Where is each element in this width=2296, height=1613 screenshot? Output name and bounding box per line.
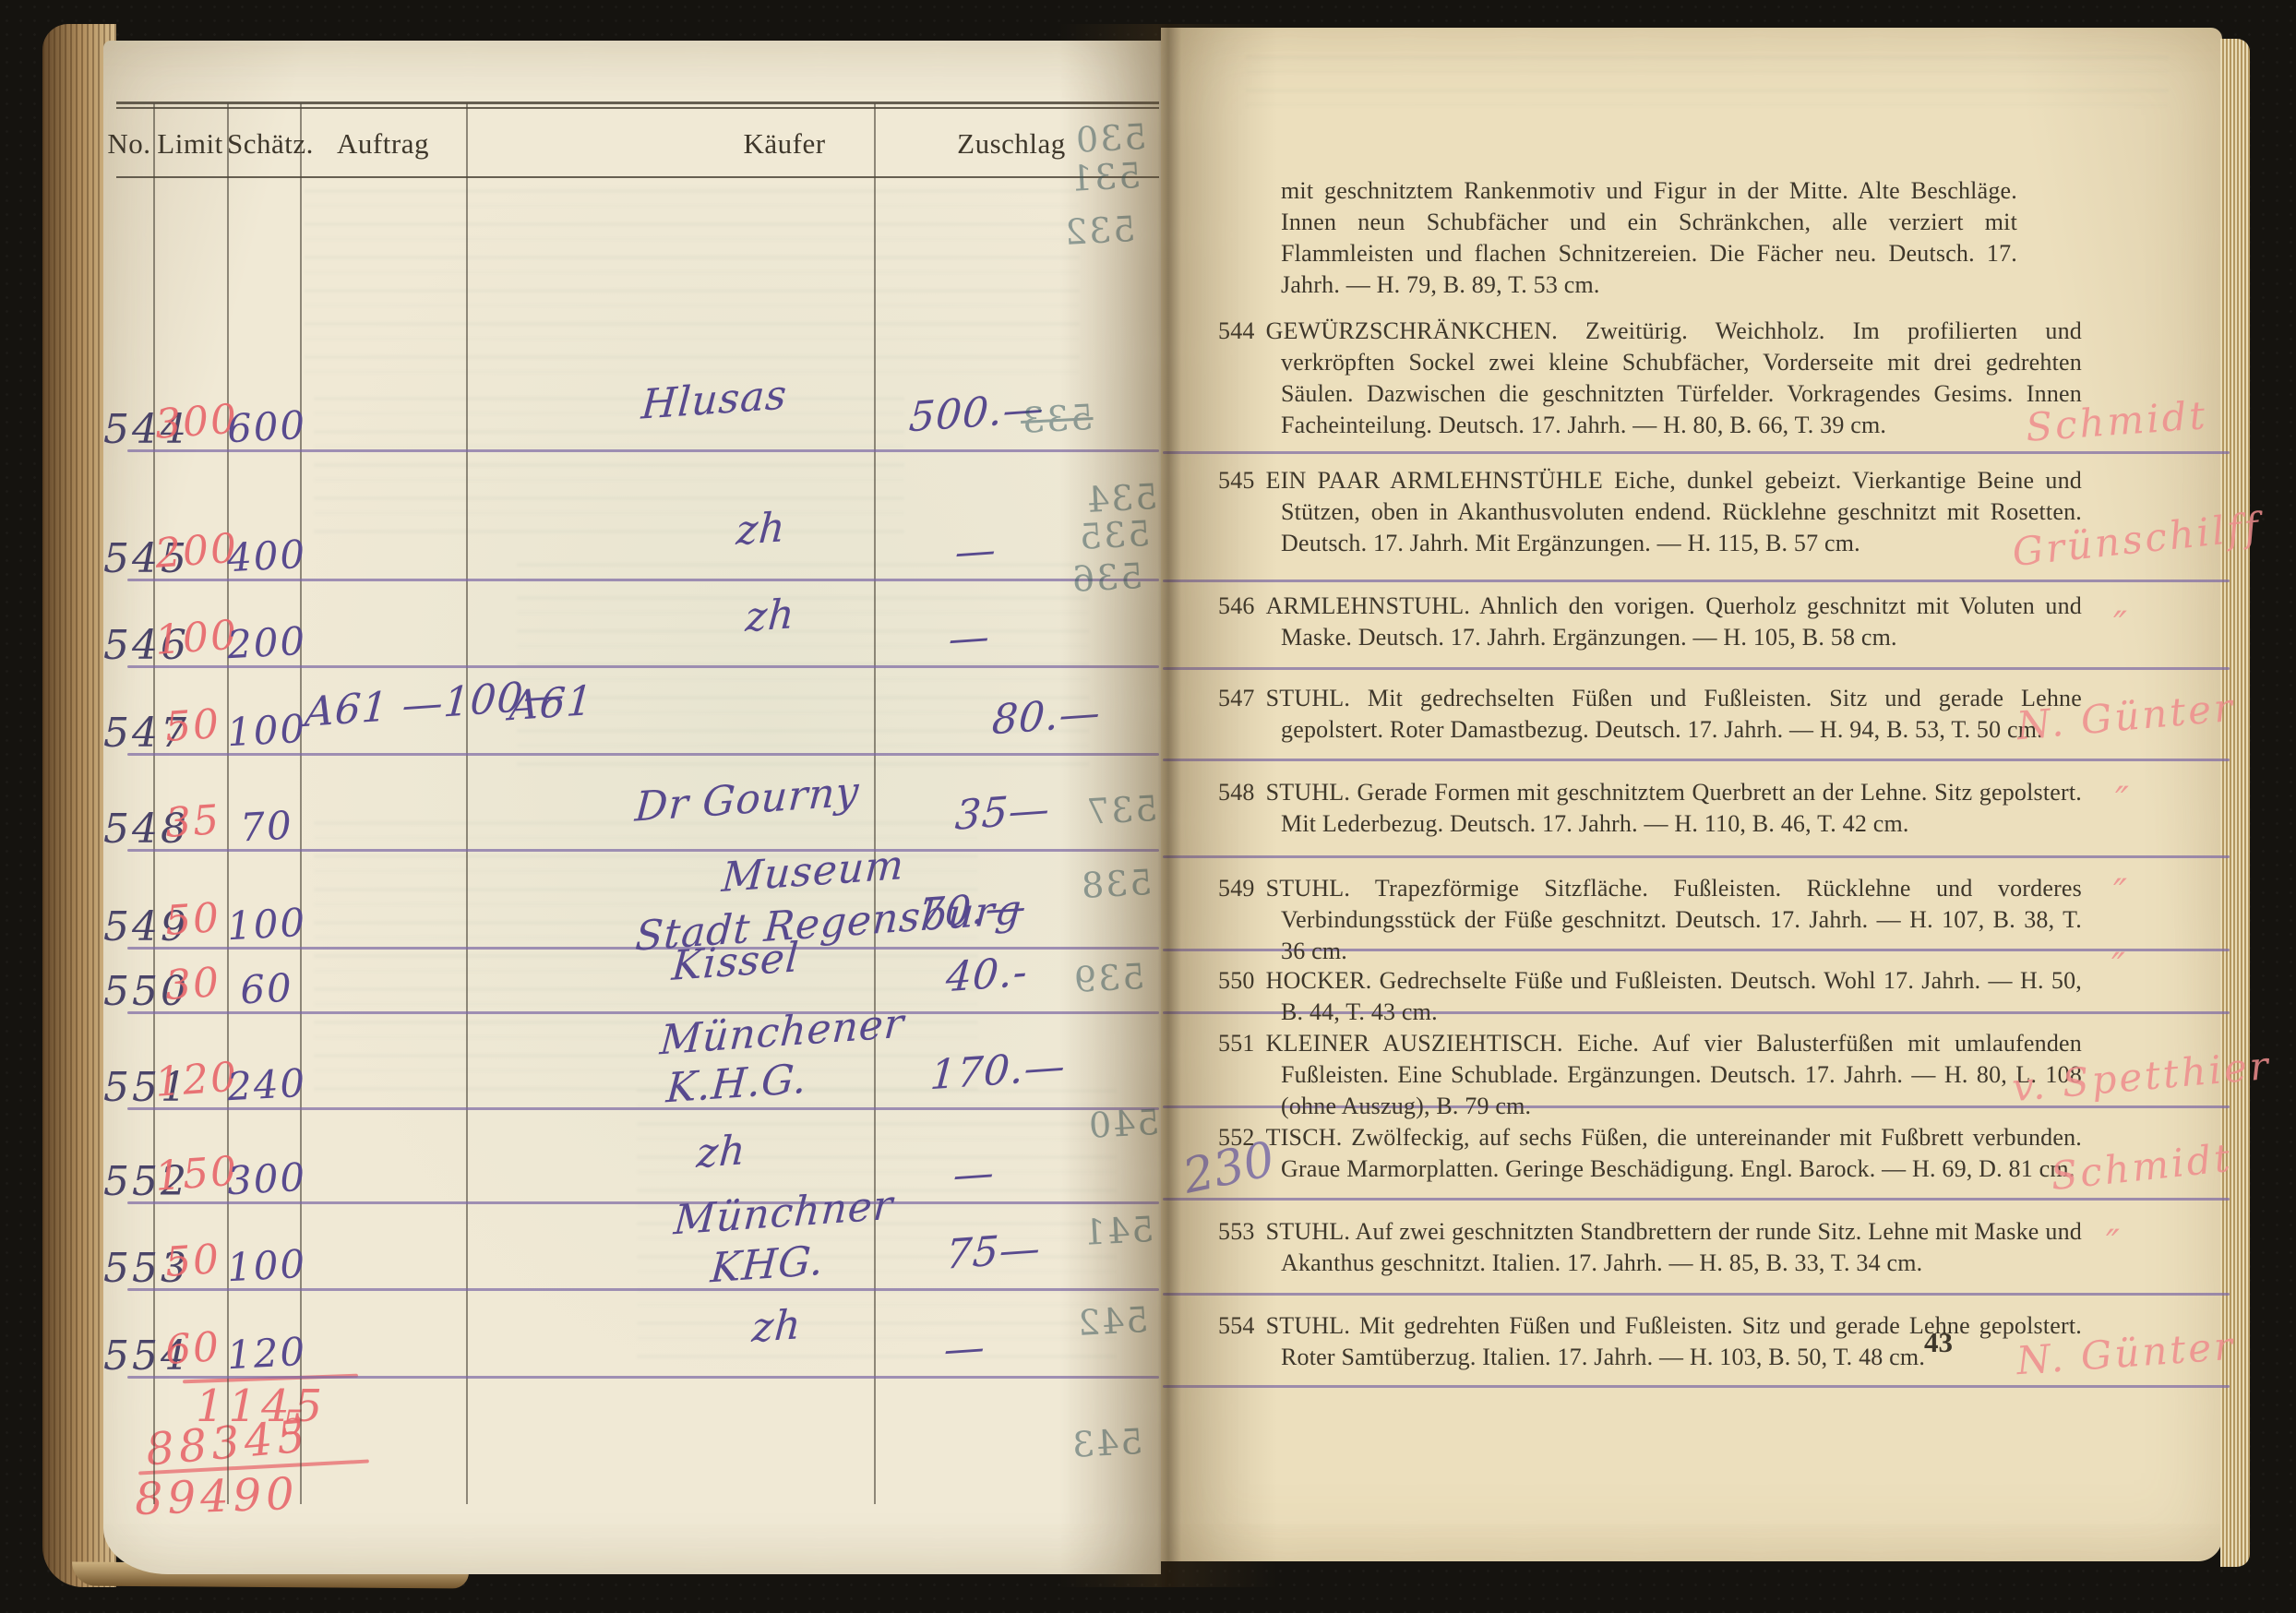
book-spread: No. Limit Schätz. Auftrag Käufer Zuschla… [0, 0, 2296, 1613]
catalog-entry-552: 552TISCH. Zwölfeckig, auf sechs Füßen, d… [1218, 1122, 2082, 1185]
bleedthrough-number: 542 [1075, 1299, 1150, 1344]
catalog-entry-rule [1163, 667, 2230, 670]
bleedthrough-number: 535 [1077, 513, 1152, 557]
catalog-entry-rule [1163, 1293, 2230, 1296]
bleedthrough-number: 538 [1079, 862, 1154, 906]
table-top-rule [116, 102, 1159, 104]
row-554-kaeufer: zh [750, 1301, 803, 1352]
bleedthrough-number: 540 [1086, 1102, 1161, 1146]
row-546-kaeufer: zh [744, 591, 796, 641]
catalog-entry-rule [1163, 1198, 2230, 1201]
row-551-limit: 120 [153, 1054, 232, 1106]
bleedthrough-number: 537 [1084, 788, 1159, 832]
row-552-kaeufer: zh [695, 1127, 747, 1177]
row-550-schaetzung: 60 [226, 964, 307, 1013]
row-551-kaeufer-2: K.H.G. [664, 1055, 808, 1112]
ledger-column-line [874, 103, 876, 1504]
ledger-column-line [466, 103, 468, 1504]
catalog-entry-rule [1163, 855, 2230, 858]
catalog-entry-549: 549STUHL. Trapezförmige Sitzfläche. Fußl… [1218, 873, 2082, 967]
margin-ditto-mark: ″ [2113, 604, 2130, 647]
row-553-schaetzung: 100 [226, 1241, 307, 1290]
row-551-schaetzung: 240 [226, 1060, 307, 1109]
row-554-zuschlag: — [942, 1323, 987, 1374]
ledger-row-rule [127, 449, 1159, 452]
row-545-schaetzung: 400 [226, 532, 307, 580]
row-544-schaetzung: 600 [226, 402, 307, 451]
row-547-zuschlag: 80.— [990, 689, 1102, 745]
row-547-schaetzung: 100 [226, 706, 307, 755]
ledger-row-rule [127, 753, 1159, 756]
table-header-rule [116, 176, 1159, 178]
catalog-entry-553: 553STUHL. Auf zwei geschnitzten Standbre… [1218, 1216, 2082, 1279]
row-550-kaeufer: Kissel [670, 934, 800, 990]
row-550-limit: 30 [153, 958, 232, 1010]
column-header-schaetz: Schätz. [227, 127, 301, 161]
row-548-schaetzung: 70 [226, 802, 307, 851]
totals-sum: 89490 [134, 1468, 300, 1525]
ledger-row-rule [127, 665, 1159, 668]
catalog-entry-rule [1163, 759, 2230, 761]
lot-number: 554 [1218, 1312, 1255, 1339]
row-547-limit: 50 [153, 699, 232, 752]
row-547-kaeufer: A61 [508, 677, 594, 731]
lot-number: 546 [1218, 592, 1255, 619]
row-553-zuschlag: 75— [944, 1225, 1042, 1279]
row-553-kaeufer-2: KHG. [709, 1237, 825, 1293]
row-546-limit: 100 [153, 612, 232, 664]
column-header-limit: Limit [153, 127, 227, 161]
row-546-schaetzung: 200 [226, 618, 307, 667]
catalog-entry-551: 551KLEINER AUSZIEHTISCH. Eiche. Auf vier… [1218, 1028, 2082, 1122]
ledger-row-rule [127, 849, 1159, 852]
row-548-limit: 35 [153, 795, 232, 848]
lot-number: 551 [1218, 1030, 1255, 1057]
lot-number: 549 [1218, 875, 1255, 902]
row-548-zuschlag: 35— [953, 785, 1051, 840]
row-545-limit: 200 [153, 525, 232, 578]
bleedthrough-number: 531 [1068, 155, 1142, 199]
catalog-entry-546: 546ARMLEHNSTUHL. Ahnlich den vorigen. Qu… [1218, 591, 2082, 653]
bleedthrough-number: 543 [1070, 1421, 1144, 1465]
lot-number: 544 [1218, 317, 1255, 344]
bleedthrough-number: 536 [1070, 556, 1144, 600]
lot-number: 550 [1218, 967, 1255, 994]
catalog-entry-548: 548STUHL. Gerade Formen mit geschnitztem… [1218, 777, 2082, 840]
column-header-kaeufer: Käufer [712, 127, 856, 161]
ledger-row-rule [127, 1011, 1159, 1014]
ledger-row-rule [127, 1288, 1159, 1291]
catalog-entry-544: 544GEWÜRZSCHRÄNKCHEN. Zweitürig. Weichho… [1218, 316, 2082, 441]
column-header-zuschlag: Zuschlag [939, 127, 1083, 161]
catalog-entry-rule [1163, 579, 2230, 582]
bleedthrough-number: 541 [1081, 1209, 1155, 1253]
catalog-entry-550: 550HOCKER. Gedrechselte Füße und Fußleis… [1218, 965, 2082, 1028]
row-552-limit: 150 [153, 1148, 232, 1201]
lot-number: 553 [1218, 1218, 1255, 1245]
row-549-schaetzung: 100 [226, 900, 307, 949]
catalog-entry-rule [1163, 451, 2230, 454]
catalog-entry-547: 547STUHL. Mit gedrechselten Füßen und Fu… [1218, 683, 2082, 746]
row-554-schaetzung: 120 [226, 1329, 307, 1378]
margin-ditto-mark: ″ [2113, 872, 2130, 914]
ledger-row-rule [127, 579, 1159, 581]
row-545-zuschlag: — [953, 526, 998, 577]
row-551-zuschlag: 170.— [928, 1043, 1067, 1100]
row-545-kaeufer: zh [735, 504, 787, 555]
ledger-row-rule [127, 1201, 1159, 1204]
bleedthrough-number: 530 [1073, 116, 1148, 161]
row-546-zuschlag: — [947, 613, 991, 663]
column-header-no: No. [100, 127, 159, 161]
row-550-zuschlag: 40.- [944, 949, 1029, 1002]
lot-number: 545 [1218, 467, 1255, 494]
row-552-schaetzung: 300 [226, 1154, 307, 1203]
catalog-entry-rule [1163, 1385, 2230, 1388]
row-549-zuschlag: 70.— [916, 883, 1028, 938]
row-552-zuschlag: — [951, 1149, 996, 1200]
lot-number: 552 [1218, 1124, 1255, 1151]
lot-number: 547 [1218, 685, 1255, 711]
bleedthrough-number: 532 [1062, 209, 1137, 253]
row-544-limit: 300 [153, 396, 232, 448]
column-header-auftrag: Auftrag [328, 127, 438, 161]
catalog-entry-554: 554STUHL. Mit gedrehten Füßen und Fußlei… [1218, 1310, 2082, 1373]
bleedthrough-number: 533 [1020, 397, 1094, 441]
table-top-rule-2 [116, 107, 1159, 109]
row-549-limit: 50 [153, 893, 232, 946]
catalog-entry-continuation: mit geschnitztem Rankenmotiv und Figur i… [1281, 175, 2017, 301]
ledger-row-rule [127, 1376, 1159, 1379]
margin-ditto-mark: ″ [2115, 780, 2132, 822]
bleedthrough-number: 539 [1071, 956, 1146, 1000]
ledger-row-rule [127, 1107, 1159, 1110]
catalog-entry-545: 545EIN PAAR ARMLEHNSTÜHLE Eiche, dunkel … [1218, 465, 2082, 559]
row-553-limit: 50 [153, 1235, 232, 1287]
margin-ditto-mark: ″ [2111, 946, 2128, 988]
lot-number: 548 [1218, 779, 1255, 806]
margin-ditto-mark: ″ [2106, 1223, 2123, 1265]
row-554-limit: 60 [153, 1322, 232, 1375]
